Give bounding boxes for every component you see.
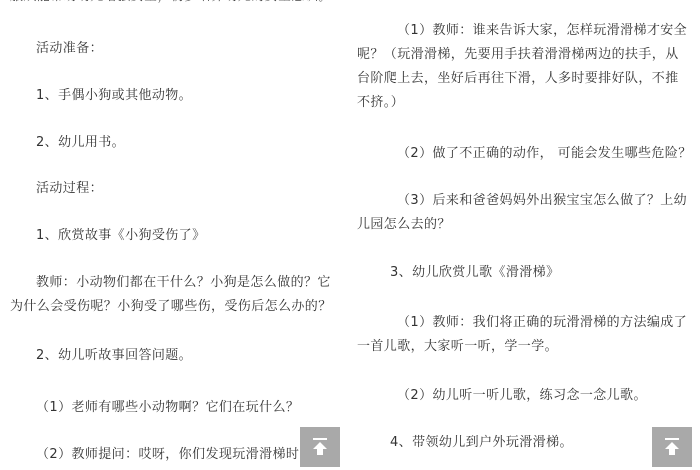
prep-item-1: 1、手偶小狗或其他动物。 — [36, 85, 192, 106]
left-document-panel: 服从能帮助幼儿增强安全，初步培养幼儿的安全意识。 活动准备： 1、手偶小狗或其他… — [0, 0, 350, 470]
monkey-question-line-1: （3）后来和爸爸妈妈外出猴宝宝怎么做了？上幼 — [397, 190, 687, 211]
rhyme-intro-line-1: （1）教师：我们将正确的玩滑滑梯的方法编成了 — [397, 312, 687, 333]
process-step-1: 1、欣赏故事《小狗受伤了》 — [36, 225, 205, 246]
safety-question-line-4: 不挤。） — [357, 92, 404, 113]
prep-item-2: 2、幼儿用书。 — [36, 132, 125, 153]
section-heading-preparation: 活动准备： — [36, 38, 103, 59]
back-to-top-button-left[interactable] — [300, 427, 340, 467]
question-2: （2）教师提问：哎呀，你们发现玩滑滑梯时 — [36, 444, 299, 465]
question-1: （1）老师有哪些小动物啊？它们在玩什么？ — [36, 397, 299, 418]
safety-question-line-1: （1）教师：谁来告诉大家，怎样玩滑滑梯才安全 — [397, 20, 687, 41]
rhyme-intro-line-2: 一首儿歌，大家听一听，学一学。 — [357, 336, 558, 357]
monkey-question-line-2: 儿园怎么去的？ — [357, 214, 451, 235]
arrow-up-to-top-icon — [311, 437, 329, 457]
section-heading-process: 活动过程： — [36, 178, 103, 199]
rhyme-practice: （2）幼儿听一听儿歌，练习念一念儿歌。 — [397, 385, 647, 406]
process-step-3: 3、幼儿欣赏儿歌《滑滑梯》 — [390, 262, 559, 283]
safety-question-line-3: 台阶爬上去，坐好后再往下滑，人多时要排好队，不推 — [357, 68, 679, 89]
process-step-4: 4、带领幼儿到户外玩滑滑梯。 — [390, 432, 573, 453]
arrow-up-to-top-icon — [663, 437, 681, 457]
right-document-panel: （1）教师：谁来告诉大家，怎样玩滑滑梯才安全 呢？（玩滑滑梯，先要用手扶着滑滑梯… — [354, 0, 700, 470]
cut-off-text-line: 服从能帮助幼儿增强安全，初步培养幼儿的安全意识。 — [10, 0, 332, 7]
safety-question-line-2: 呢？（玩滑滑梯，先要用手扶着滑滑梯两边的扶手，从 — [357, 44, 679, 65]
danger-question: （2）做了不正确的动作， 可能会发生哪些危险？ — [397, 143, 692, 164]
teacher-question-line-1: 教师：小动物们都在干什么？小狗是怎么做的？它 — [36, 272, 331, 293]
process-step-2: 2、幼儿听故事回答问题。 — [36, 345, 192, 366]
teacher-question-line-2: 为什么会受伤呢？小狗受了哪些伤，受伤后怎么办的？ — [10, 296, 332, 317]
back-to-top-button-right[interactable] — [652, 427, 692, 467]
